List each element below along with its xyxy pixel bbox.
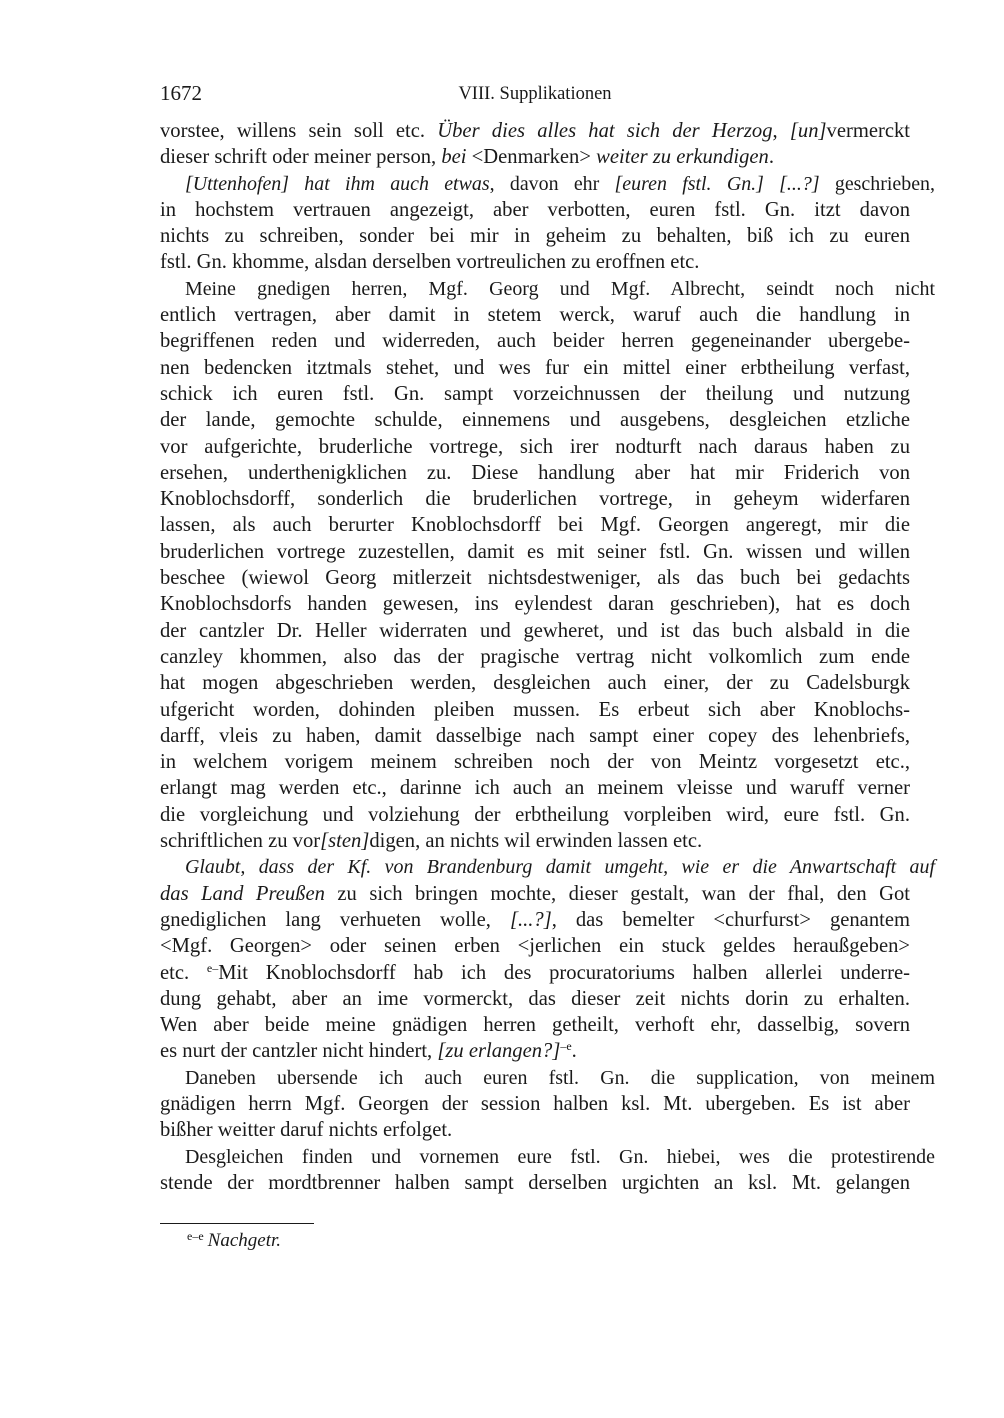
text-segment: erlangt mag werden etc., darinne ich auc… — [160, 777, 910, 799]
text-segment: . — [572, 1040, 577, 1062]
text-segment: ufgericht worden, dohinden pleiben musse… — [160, 699, 910, 721]
text-segment: gnediglichen lang verhueten wolle, — [160, 909, 510, 931]
text-line: [Uttenhofen] hat ihm auch etwas, davon e… — [160, 171, 935, 197]
text-segment: schriftlichen zu vor — [160, 830, 320, 852]
italic-text: bei — [441, 146, 466, 168]
text-segment: , das bemelter <churfurst> genantem — [552, 909, 910, 931]
text-segment: Mit Knoblochsdorff hab ich des procurato… — [218, 962, 910, 984]
text-segment: dieser schrift oder meiner person, — [160, 146, 441, 168]
text-line: nen bedencken itztmals stehet, und wes f… — [160, 355, 910, 381]
text-line: etc. e–Mit Knoblochsdorff hab ich des pr… — [160, 960, 910, 986]
text-segment: <Mgf. Georgen> oder seinen erben <jerlic… — [160, 935, 910, 957]
text-segment: lassen, als auch berurter Knoblochsdorff… — [160, 514, 910, 536]
text-line: erlangt mag werden etc., darinne ich auc… — [160, 775, 910, 801]
text-line: Knoblochsdorff, sonderlich die bruderlic… — [160, 486, 910, 512]
text-line: ufgericht worden, dohinden pleiben musse… — [160, 697, 910, 723]
text-line: bißher weitter daruf nichts erfolget. — [160, 1117, 910, 1143]
text-line: Knoblochsdorfs handen gewesen, ins eylen… — [160, 591, 910, 617]
italic-text: [Uttenhofen] hat ihm auch etwas — [185, 173, 490, 195]
text-segment: ersehen, underthenigklichen zu. Diese ha… — [160, 462, 910, 484]
text-segment: darff, vleis zu haben, damit dasselbige … — [160, 725, 910, 747]
body-text: vorstee, willens sein soll etc. Über die… — [160, 118, 910, 1196]
italic-text: das Land Preußen — [160, 883, 325, 905]
text-segment: vor aufgerichte, bruderliche vortrege, s… — [160, 436, 910, 458]
text-segment: hat mogen abgeschrieben werden, desgleic… — [160, 672, 910, 694]
text-line: schriftlichen zu vor[sten]digen, an nich… — [160, 828, 910, 854]
footnote: e–eNachgetr. — [187, 1229, 281, 1253]
text-segment: schick ich euren fstl. Gn. sampt vorzeic… — [160, 383, 910, 405]
text-line: fstl. Gn. khomme, alsdan derselben vortr… — [160, 249, 910, 275]
text-segment: beschee (wiewol Georg mitlerzeit nichtsd… — [160, 567, 910, 589]
text-segment: der cantzler Dr. Heller widerraten und g… — [160, 620, 910, 642]
text-segment: Desgleichen finden und vornemen eure fst… — [185, 1146, 935, 1168]
text-line: bruderlichen vortrege zuzestellen, damit… — [160, 539, 910, 565]
running-head: 1672 VIII. Supplikationen — [160, 78, 910, 108]
text-line: dieser schrift oder meiner person, bei <… — [160, 144, 910, 170]
text-segment: der lande, gemochte schulde, einnemens u… — [160, 409, 910, 431]
text-line: gnädigen herrn Mgf. Georgen der session … — [160, 1091, 910, 1117]
text-line: ersehen, underthenigklichen zu. Diese ha… — [160, 460, 910, 486]
text-segment: in welchem vorigem meinem schreiben noch… — [160, 751, 910, 773]
text-line: darff, vleis zu haben, damit dasselbige … — [160, 723, 910, 749]
italic-text: weiter zu erkundigen — [596, 146, 769, 168]
footnote-text: Nachgetr. — [208, 1230, 281, 1251]
text-segment: zu sich bringen mochte, dieser gestalt, … — [325, 883, 910, 905]
text-line: beschee (wiewol Georg mitlerzeit nichtsd… — [160, 565, 910, 591]
text-segment: Meine gnedigen herren, Mgf. Georg und Mg… — [185, 278, 935, 300]
italic-text: Über dies alles hat sich der Herzog — [437, 120, 772, 142]
text-line: stende der mordtbrenner halben sampt der… — [160, 1170, 910, 1196]
italic-text: [...?] — [510, 909, 552, 931]
text-segment: in hochstem vertrauen angezeigt, aber ve… — [160, 199, 910, 221]
text-line: in welchem vorigem meinem schreiben noch… — [160, 749, 910, 775]
text-line: Glaubt, dass der Kf. von Brandenburg dam… — [160, 854, 935, 880]
text-segment: nichts zu schreiben, sonder bei mir in g… — [160, 225, 910, 247]
text-segment: dung gehabt, aber an ime vormerckt, das … — [160, 988, 910, 1010]
text-segment: begriffenen reden und widerreden, auch b… — [160, 330, 910, 352]
text-segment: vorstee, willens sein soll etc. — [160, 120, 437, 142]
text-line: vorstee, willens sein soll etc. Über die… — [160, 118, 910, 144]
running-title: VIII. Supplikationen — [160, 79, 910, 109]
footnote-reference: –e — [560, 1039, 571, 1053]
text-segment: Knoblochsdorff, sonderlich die bruderlic… — [160, 488, 910, 510]
text-line: begriffenen reden und widerreden, auch b… — [160, 328, 910, 354]
text-line: das Land Preußen zu sich bringen mochte,… — [160, 881, 910, 907]
text-segment: etc. — [160, 962, 207, 984]
text-segment: . — [769, 146, 774, 168]
text-segment: <Denmarken> — [467, 146, 597, 168]
footnote-rule — [160, 1223, 314, 1224]
text-segment: stende der mordtbrenner halben sampt der… — [160, 1172, 910, 1194]
text-segment: geschrieben, — [820, 173, 935, 195]
footnote-reference: e– — [207, 961, 218, 975]
text-line: Daneben ubersende ich auch euren fstl. G… — [160, 1065, 935, 1091]
text-segment: Wen aber beide meine gnädigen herren get… — [160, 1014, 910, 1036]
text-segment: die vorgleichung und volziehung der erbt… — [160, 804, 910, 826]
footnote-marker: e–e — [187, 1229, 204, 1243]
page: 1672 VIII. Supplikationen vorstee, wille… — [160, 78, 910, 1196]
text-segment: , — [773, 120, 790, 142]
text-line: nichts zu schreiben, sonder bei mir in g… — [160, 223, 910, 249]
text-line: Meine gnedigen herren, Mgf. Georg und Mg… — [160, 276, 935, 302]
text-segment: bißher weitter daruf nichts erfolget. — [160, 1119, 452, 1141]
text-line: Desgleichen finden und vornemen eure fst… — [160, 1144, 935, 1170]
text-segment: vermerckt — [827, 120, 910, 142]
text-segment: Daneben ubersende ich auch euren fstl. G… — [185, 1067, 935, 1089]
italic-text: Glaubt, dass der Kf. von Brandenburg dam… — [185, 856, 935, 878]
text-line: Wen aber beide meine gnädigen herren get… — [160, 1012, 910, 1038]
text-line: der cantzler Dr. Heller widerraten und g… — [160, 618, 910, 644]
text-segment: digen, an nichts wil erwinden lassen etc… — [369, 830, 702, 852]
text-segment: es nurt der cantzler nicht hindert, — [160, 1040, 437, 1062]
text-segment: Knoblochsdorfs handen gewesen, ins eylen… — [160, 593, 910, 615]
italic-text: [zu erlangen?] — [437, 1040, 560, 1062]
text-line: die vorgleichung und volziehung der erbt… — [160, 802, 910, 828]
italic-text: [un] — [790, 120, 827, 142]
text-segment: , davon ehr — [490, 173, 615, 195]
italic-text: [euren fstl. Gn.] [...?] — [615, 173, 820, 195]
text-segment: fstl. Gn. khomme, alsdan derselben vortr… — [160, 251, 699, 273]
italic-text: [sten] — [320, 830, 369, 852]
text-segment: entlich vertragen, aber damit in stetem … — [160, 304, 910, 326]
text-segment: gnädigen herrn Mgf. Georgen der session … — [160, 1093, 910, 1115]
text-line: hat mogen abgeschrieben werden, desgleic… — [160, 670, 910, 696]
text-segment: canzley khommen, also das der pragische … — [160, 646, 910, 668]
text-line: gnediglichen lang verhueten wolle, [...?… — [160, 907, 910, 933]
text-line: <Mgf. Georgen> oder seinen erben <jerlic… — [160, 933, 910, 959]
text-line: schick ich euren fstl. Gn. sampt vorzeic… — [160, 381, 910, 407]
text-line: es nurt der cantzler nicht hindert, [zu … — [160, 1038, 910, 1064]
text-line: dung gehabt, aber an ime vormerckt, das … — [160, 986, 910, 1012]
text-line: der lande, gemochte schulde, einnemens u… — [160, 407, 910, 433]
text-line: in hochstem vertrauen angezeigt, aber ve… — [160, 197, 910, 223]
text-line: entlich vertragen, aber damit in stetem … — [160, 302, 910, 328]
text-line: vor aufgerichte, bruderliche vortrege, s… — [160, 434, 910, 460]
text-segment: nen bedencken itztmals stehet, und wes f… — [160, 357, 910, 379]
text-line: canzley khommen, also das der pragische … — [160, 644, 910, 670]
text-line: lassen, als auch berurter Knoblochsdorff… — [160, 512, 910, 538]
text-segment: bruderlichen vortrege zuzestellen, damit… — [160, 541, 910, 563]
